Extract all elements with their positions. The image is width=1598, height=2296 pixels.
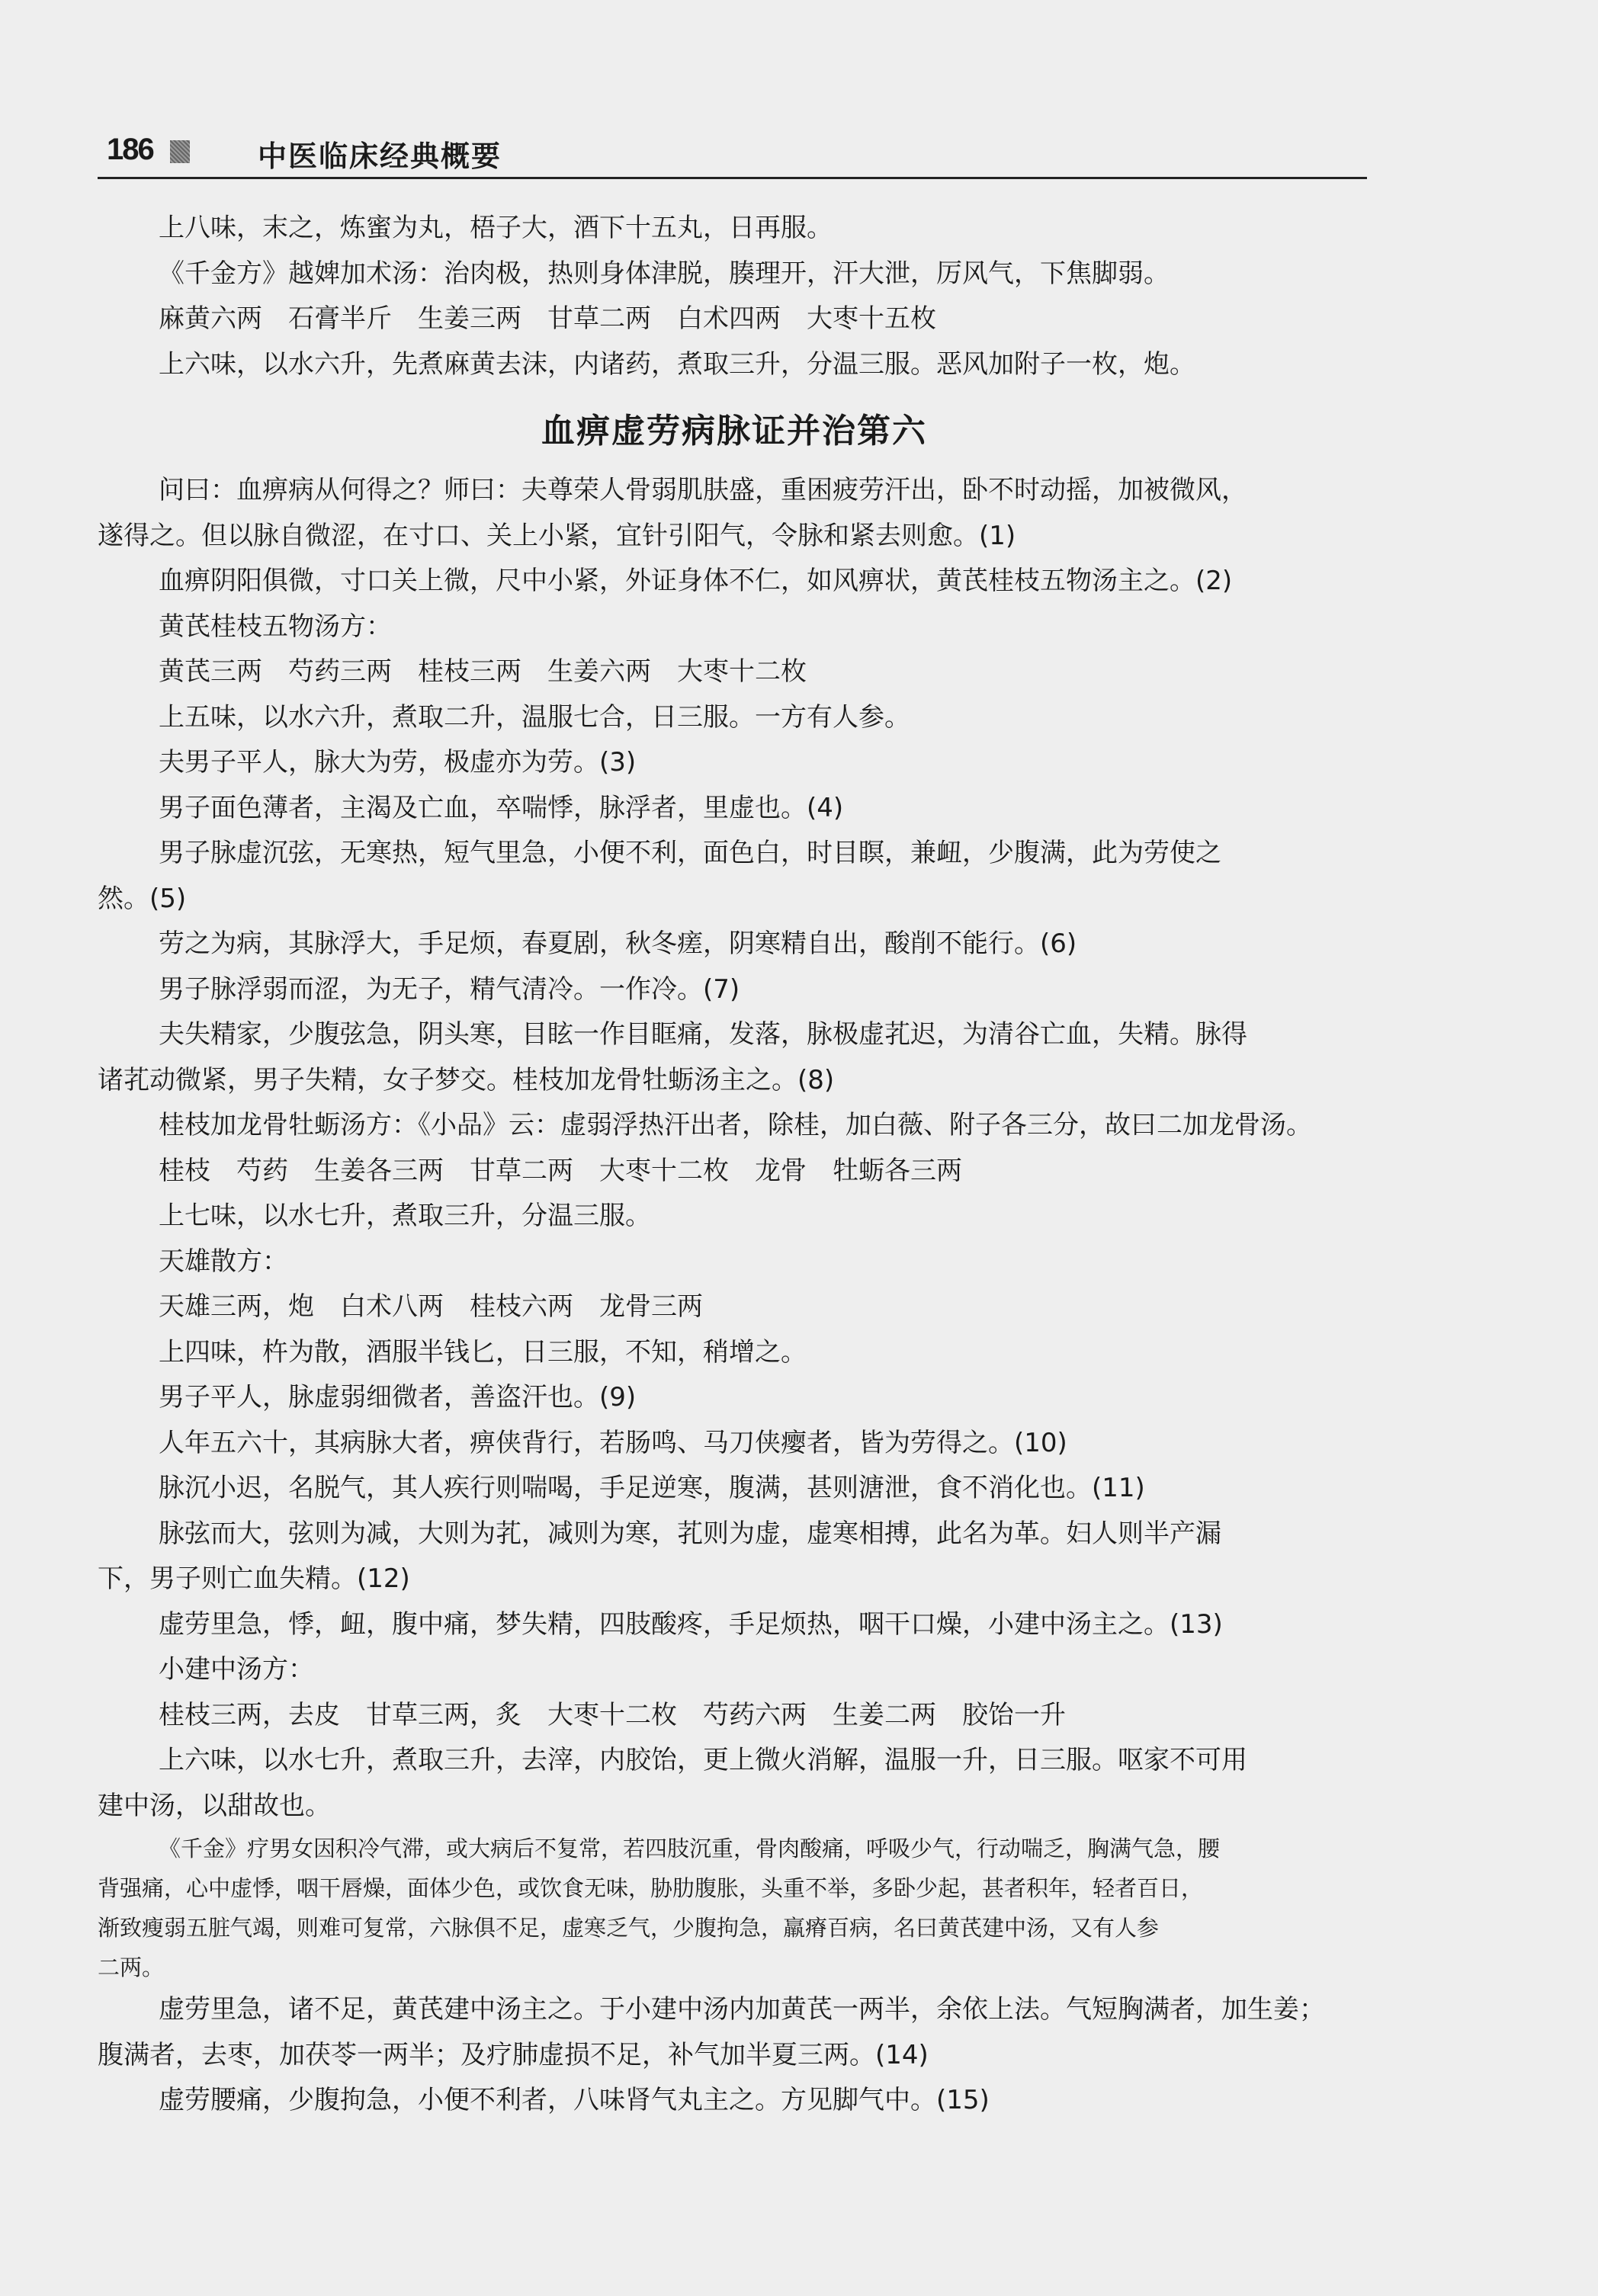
text-line: 虚劳里急，悸，衄，腹中痛，梦失精，四肢酸疼，手足烦热，咽干口燥，小建中汤主之。(… bbox=[98, 1602, 1371, 1648]
text-line: 《千金方》越婢加术汤：治肉极，热则身体津脱，腠理开，汗大泄，厉风气，下焦脚弱。 bbox=[98, 252, 1371, 297]
text-line: 腹满者，去枣，加茯苓一两半；及疗肺虚损不足，补气加半夏三两。(14) bbox=[98, 2033, 1371, 2079]
text-line: 上七味，以水七升，煮取三升，分温三服。 bbox=[98, 1194, 1371, 1239]
text-line: 劳之为病，其脉浮大，手足烦，春夏剧，秋冬瘥，阴寒精自出，酸削不能行。(6) bbox=[98, 922, 1371, 967]
text-line: 小建中汤方： bbox=[98, 1647, 1371, 1693]
text-line: 麻黄六两 石膏半斤 生姜三两 甘草二两 白术四两 大枣十五枚 bbox=[98, 297, 1371, 342]
text-line: 男子面色薄者，主渴及亡血，卒喘悸，脉浮者，里虚也。(4) bbox=[98, 786, 1371, 832]
book-title: 中医临床经典概要 bbox=[258, 133, 502, 175]
text-line: 上六味，以水六升，先煮麻黄去沫，内诸药，煮取三升，分温三服。恶风加附子一枚，炮。 bbox=[98, 342, 1371, 388]
text-line: 桂枝三两，去皮 甘草三两，炙 大枣十二枚 芍药六两 生姜二两 胶饴一升 bbox=[98, 1693, 1371, 1739]
text-line: 男子脉浮弱而涩，为无子，精气清冷。一作冷。(7) bbox=[98, 967, 1371, 1013]
bottom-lines: 虚劳里急，诸不足，黄芪建中汤主之。于小建中汤内加黄芪一两半，余依上法。气短胸满者… bbox=[98, 1987, 1371, 2124]
text-line: 背强痛，心中虚悸，咽干唇燥，面体少色，或饮食无味，胁肋腹胀，头重不举，多卧少起，… bbox=[98, 1868, 1371, 1908]
text-line: 建中汤，以甜故也。 bbox=[98, 1784, 1371, 1829]
text-line: 桂枝 芍药 生姜各三两 甘草二两 大枣十二枚 龙骨 牡蛎各三两 bbox=[98, 1149, 1371, 1194]
page-marker-block bbox=[170, 140, 190, 163]
text-line: 黄芪三两 芍药三两 桂枝三两 生姜六两 大枣十二枚 bbox=[98, 649, 1371, 695]
text-line: 遂得之。但以脉自微涩，在寸口、关上小紧，宜针引阳气，令脉和紧去则愈。(1) bbox=[98, 514, 1371, 560]
text-line: 夫男子平人，脉大为劳，极虚亦为劳。(3) bbox=[98, 740, 1371, 786]
text-line: 黄芪桂枝五物汤方： bbox=[98, 604, 1371, 650]
text-line: 渐致瘦弱五脏气竭，则难可复常，六脉俱不足，虚寒乏气，少腹拘急，羸瘠百病，名曰黄芪… bbox=[98, 1908, 1371, 1948]
top-lines: 上八味，末之，炼蜜为丸，梧子大，酒下十五丸，日再服。《千金方》越婢加术汤：治肉极… bbox=[98, 206, 1371, 387]
text-line: 上八味，末之，炼蜜为丸，梧子大，酒下十五丸，日再服。 bbox=[98, 206, 1371, 252]
section-title: 血痹虚劳病脉证并治第六 bbox=[98, 387, 1371, 468]
text-line: 脉沉小迟，名脱气，其人疾行则喘喝，手足逆寒，腹满，甚则溏泄，食不消化也。(11) bbox=[98, 1466, 1371, 1512]
text-line: 男子平人，脉虚弱细微者，善盗汗也。(9) bbox=[98, 1375, 1371, 1421]
text-line: 上五味，以水六升，煮取二升，温服七合，日三服。一方有人参。 bbox=[98, 695, 1371, 741]
text-line: 下，男子则亡血失精。(12) bbox=[98, 1557, 1371, 1602]
text-line: 天雄三两，炮 白术八两 桂枝六两 龙骨三两 bbox=[98, 1284, 1371, 1330]
text-line: 桂枝加龙骨牡蛎汤方：《小品》云：虚弱浮热汗出者，除桂，加白薇、附子各三分，故曰二… bbox=[98, 1103, 1371, 1149]
text-line: 男子脉虚沉弦，无寒热，短气里急，小便不利，面色白，时目瞑，兼衄，少腹满，此为劳使… bbox=[98, 831, 1371, 877]
text-line: 问曰：血痹病从何得之？师曰：夫尊荣人骨弱肌肤盛，重困疲劳汗出，卧不时动摇，加被微… bbox=[98, 468, 1371, 514]
qianjin-paragraph: 《千金》疗男女因积冷气滞，或大病后不复常，若四肢沉重，骨肉酸痛，呼吸少气，行动喘… bbox=[98, 1829, 1371, 1987]
text-line: 二两。 bbox=[98, 1948, 1371, 1987]
text-line: 血痹阴阳俱微，寸口关上微，尺中小紧，外证身体不仁，如风痹状，黄芪桂枝五物汤主之。… bbox=[98, 559, 1371, 604]
text-line: 脉弦而大，弦则为减，大则为芤，减则为寒，芤则为虚，虚寒相搏，此名为革。妇人则半产… bbox=[98, 1512, 1371, 1557]
text-line: 然。(5) bbox=[98, 877, 1371, 922]
text-line: 上四味，杵为散，酒服半钱匕，日三服，不知，稍增之。 bbox=[98, 1330, 1371, 1376]
text-line: 虚劳里急，诸不足，黄芪建中汤主之。于小建中汤内加黄芪一两半，余依上法。气短胸满者… bbox=[98, 1987, 1371, 2033]
text-line: 天雄散方： bbox=[98, 1239, 1371, 1285]
text-line: 诸芤动微紧，男子失精，女子梦交。桂枝加龙骨牡蛎汤主之。(8) bbox=[98, 1058, 1371, 1104]
page-body: 上八味，末之，炼蜜为丸，梧子大，酒下十五丸，日再服。《千金方》越婢加术汤：治肉极… bbox=[98, 206, 1371, 2124]
running-header: 186 中医临床经典概要 bbox=[98, 130, 1367, 179]
main-lines: 问曰：血痹病从何得之？师曰：夫尊荣人骨弱肌肤盛，重困疲劳汗出，卧不时动摇，加被微… bbox=[98, 468, 1371, 1829]
text-line: 虚劳腰痛，少腹拘急，小便不利者，八味肾气丸主之。方见脚气中。(15) bbox=[98, 2078, 1371, 2124]
text-line: 《千金》疗男女因积冷气滞，或大病后不复常，若四肢沉重，骨肉酸痛，呼吸少气，行动喘… bbox=[98, 1829, 1371, 1868]
text-line: 上六味，以水七升，煮取三升，去滓，内胶饴，更上微火消解，温服一升，日三服。呕家不… bbox=[98, 1738, 1371, 1784]
text-line: 夫失精家，少腹弦急，阴头寒，目眩一作目眶痛，发落，脉极虚芤迟，为清谷亡血，失精。… bbox=[98, 1012, 1371, 1058]
text-line: 人年五六十，其病脉大者，痹侠背行，若肠鸣、马刀侠瘿者，皆为劳得之。(10) bbox=[98, 1421, 1371, 1467]
page-number: 186 bbox=[107, 133, 153, 167]
